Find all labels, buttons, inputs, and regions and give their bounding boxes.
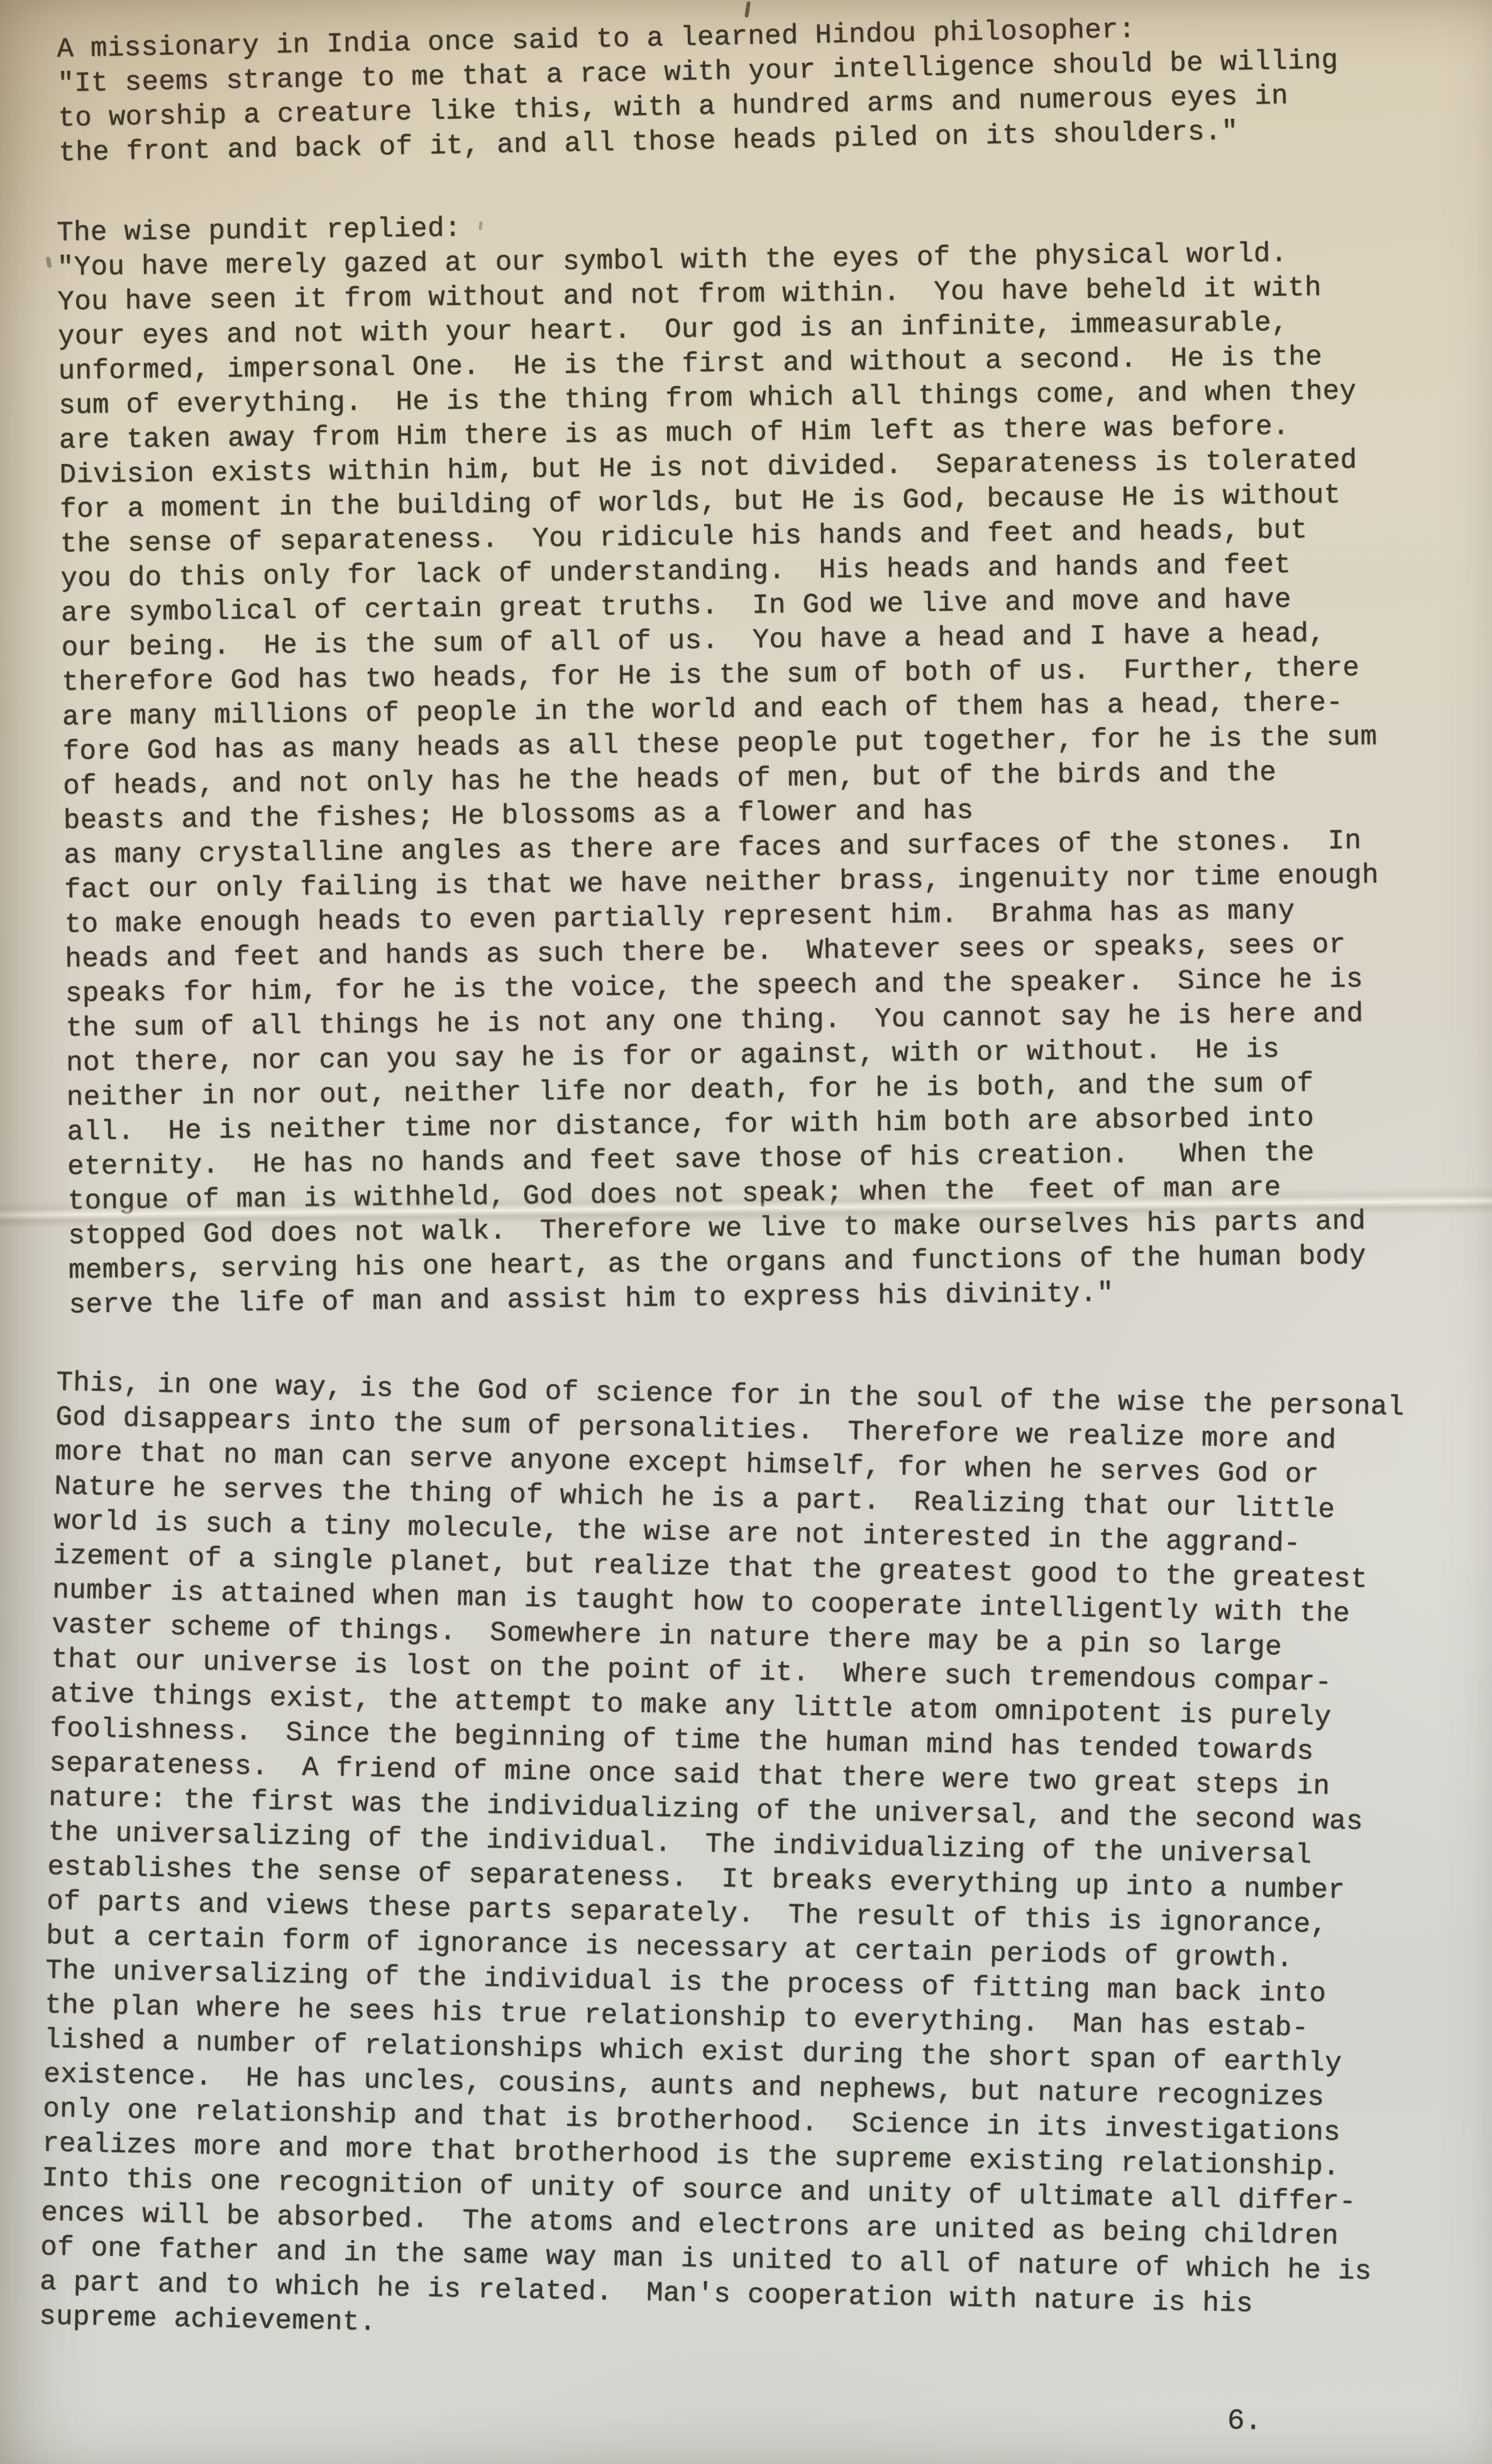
stray-ink-mark	[45, 256, 52, 268]
paragraph: A missionary in India once said to a lea…	[57, 7, 1461, 171]
paragraph: This, in one way, is the God of science …	[39, 1366, 1459, 2360]
paragraph: The wise pundit replied:"You have merely…	[57, 201, 1471, 1323]
stray-ink-mark	[744, 1, 751, 18]
typewritten-page-photo: A missionary in India once said to a lea…	[0, 0, 1492, 2464]
page-number: 6.	[1227, 2405, 1263, 2438]
document-text: A missionary in India once said to a lea…	[57, 33, 1459, 2334]
